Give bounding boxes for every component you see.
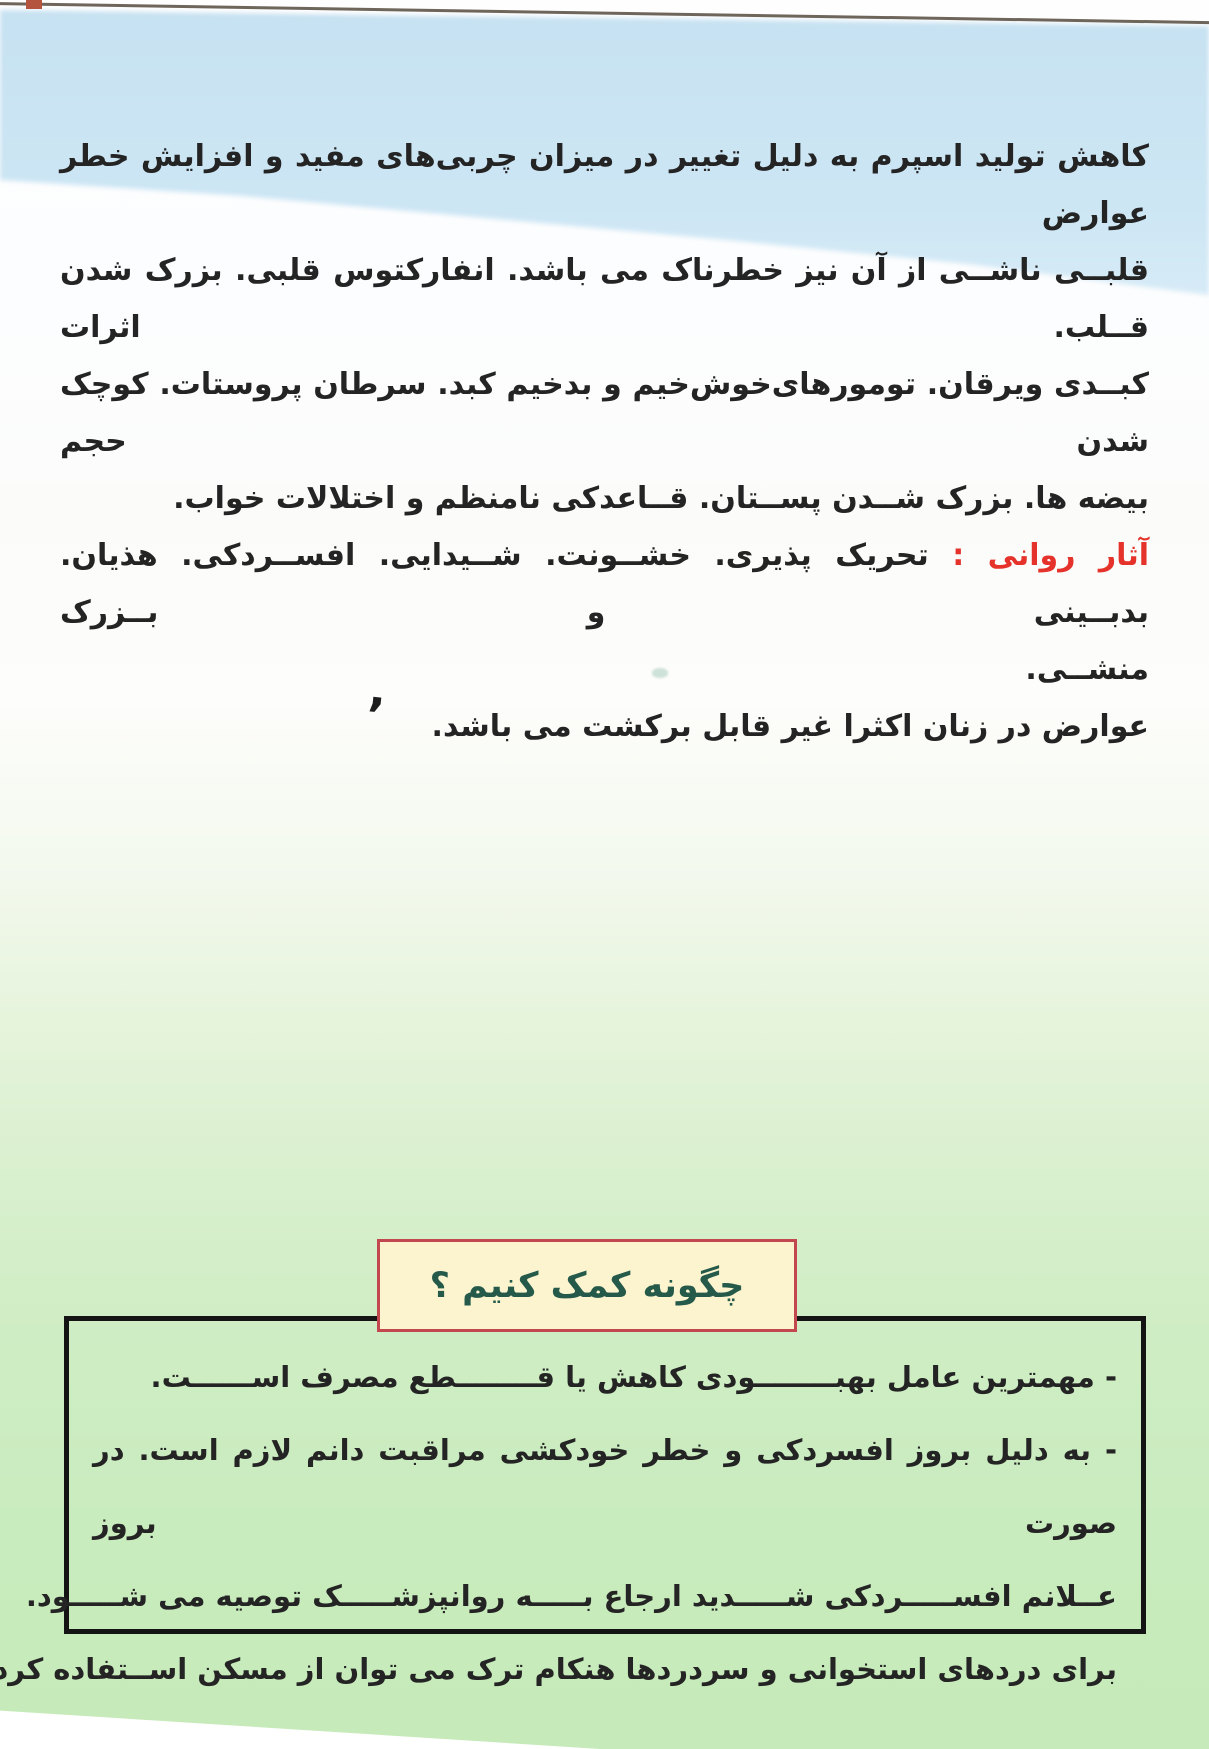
advice-box: - مهمترین عامل بهبــــــــودی کاهش یا قـ… bbox=[64, 1316, 1146, 1634]
scan-corner-mark bbox=[26, 0, 42, 9]
paragraph-line: کاهش تولید اسپرم به دلیل تغییر در میزان … bbox=[60, 128, 1149, 242]
paragraph-line: کبــدی ویرقان. تومورهای‌خوش‌خیم و بدخیم … bbox=[60, 356, 1149, 470]
psych-effects-heading: آثار روانی : bbox=[929, 538, 1149, 573]
women-note-line: عوارض در زنان اکثرا غیر قابل برکشت می با… bbox=[60, 698, 1149, 755]
scan-bottom-edge bbox=[0, 1701, 600, 1749]
paragraph-line: قلبــی ناشــی از آن نیز خطرناک می باشد. … bbox=[60, 242, 1149, 356]
help-title-text: چگونه کمک کنیم ؟ bbox=[430, 1266, 745, 1306]
advice-line: - به دلیل بروز افسردکی و خطر خودکشی مراق… bbox=[93, 1414, 1117, 1560]
psych-effects-line: آثار روانی : تحریک پذیری. خشــونت. شــید… bbox=[60, 527, 1149, 641]
scanned-document-page: کاهش تولید اسپرم به دلیل تغییر در میزان … bbox=[0, 0, 1209, 1749]
paragraph-line: بیضه ها. بزرک شــدن پســتان. قــاعدکی نا… bbox=[60, 470, 1149, 527]
help-title-box: چگونه کمک کنیم ؟ bbox=[377, 1239, 797, 1332]
body-text: کاهش تولید اسپرم به دلیل تغییر در میزان … bbox=[60, 128, 1149, 755]
paragraph-line: منشــی. bbox=[60, 641, 1149, 698]
advice-line: برای دردهای استخوانی و سردردها هنکام ترک… bbox=[93, 1633, 1117, 1706]
advice-line: عــلانم افســـــردکی شـــــدید ارجاع بــ… bbox=[93, 1560, 1117, 1633]
advice-line: - مهمترین عامل بهبــــــــودی کاهش یا قـ… bbox=[93, 1341, 1117, 1414]
